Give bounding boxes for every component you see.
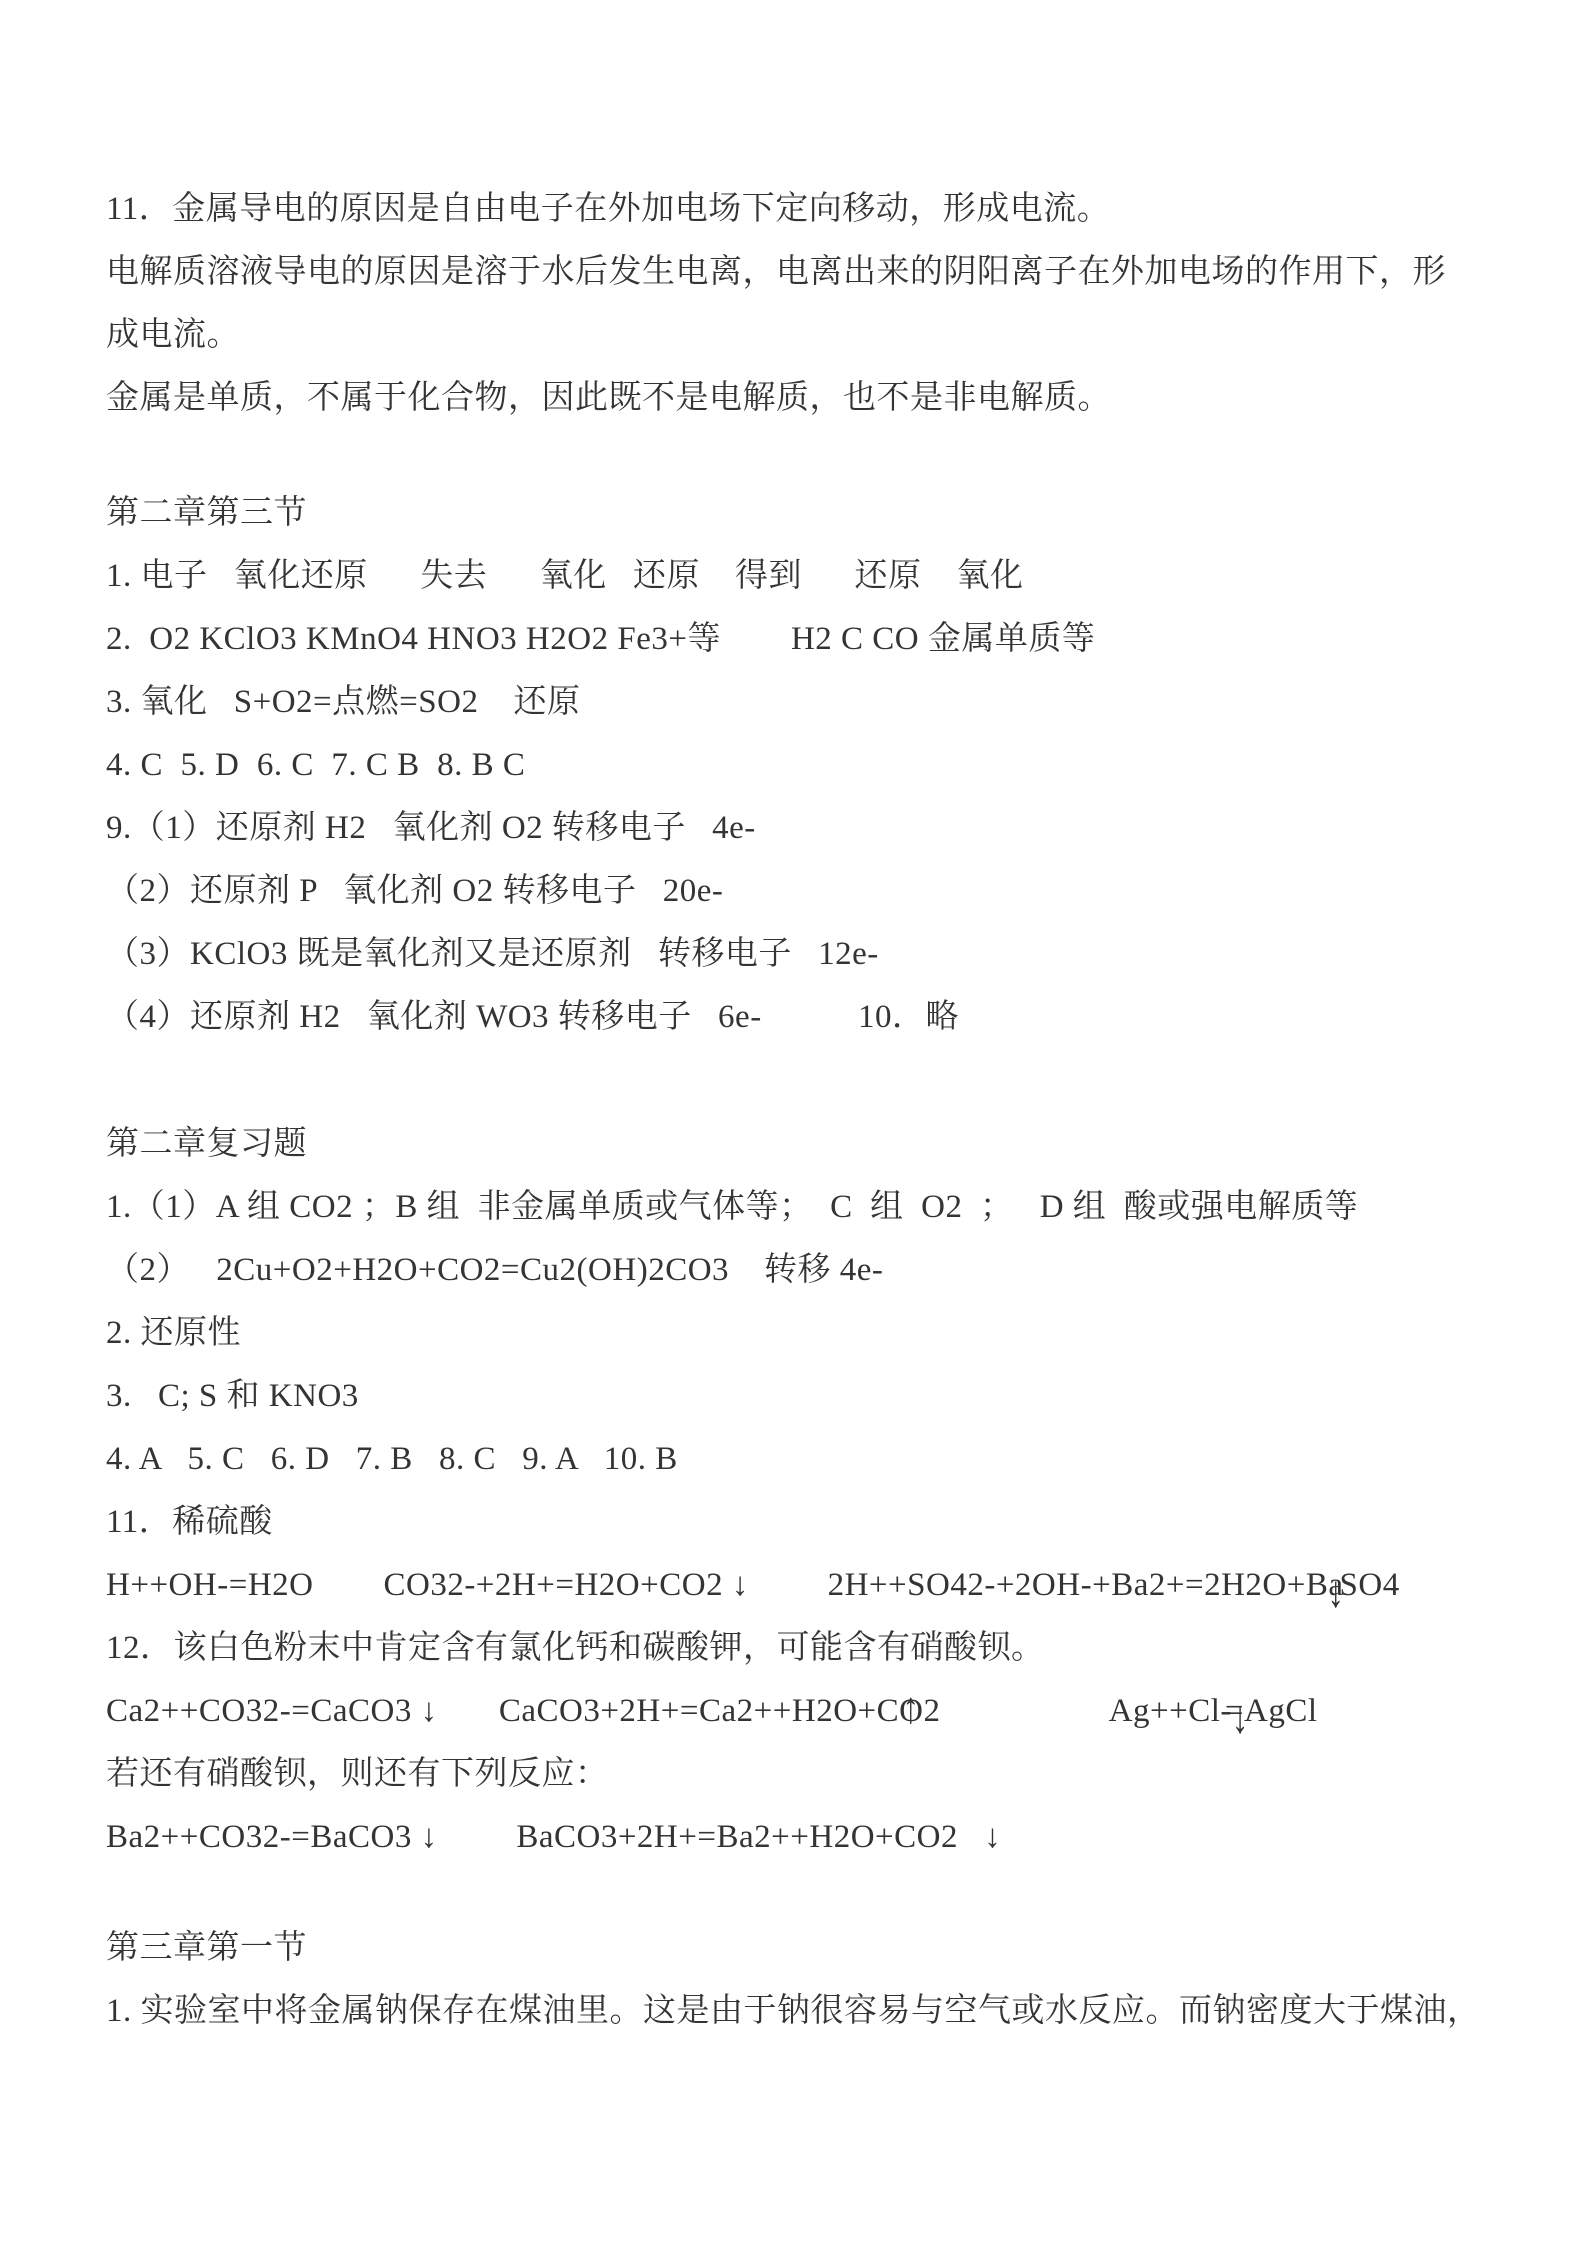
equation-text: H++OH-=H2O CO32-+2H+=H2O+CO2 ↓ 2H++SO42-… — [106, 1567, 1344, 1603]
review-ionic-equations-11: H++OH-=H2O CO32-+2H+=H2O+CO2 ↓ 2H++SO42-… — [106, 1554, 1531, 1617]
heading-ch3-sec1: 第三章第一节 — [106, 1917, 1531, 1980]
answer-q11-line2: 电解质溶液导电的原因是溶于水后发生电离，电离出来的阴阳离子在外加电场的作用下，形 — [106, 241, 1531, 304]
review-answer-1-2: （2） 2Cu+O2+H2O+CO2=Cu2(OH)2CO3 转移 4e- — [106, 1239, 1531, 1302]
document-page: 11．金属导电的原因是自由电子在外加电场下定向移动，形成电流。 电解质溶液导电的… — [0, 0, 1587, 2245]
ch2s3-answer-2: 2. O2 KClO3 KMnO4 HNO3 H2O2 Fe3+等 H2 C C… — [106, 608, 1531, 671]
answer-q11-line1: 11．金属导电的原因是自由电子在外加电场下定向移动，形成电流。 — [106, 178, 1531, 241]
answer-q11-line4: 金属是单质，不属于化合物，因此既不是电解质，也不是非电解质。 — [106, 367, 1531, 430]
ch2s3-answer-9-1: 9.（1）还原剂 H2 氧化剂 O2 转移电子 4e- — [106, 797, 1531, 860]
heading-ch2-sec3: 第二章第三节 — [106, 482, 1531, 545]
review-answer-1-1: 1.（1）A 组 CO2 ；B 组 非金属单质或气体等； C 组 O2 ； D … — [106, 1176, 1531, 1239]
ch3s1-answer-1: 1. 实验室中将金属钠保存在煤油里。这是由于钠很容易与空气或水反应。而钠密度大于… — [106, 1980, 1531, 2043]
equation-text: SO4 — [1340, 1567, 1400, 1603]
review-answers-4-10: 4. A 5. C 6. D 7. B 8. C 9. A 10. B — [106, 1428, 1531, 1491]
equation-text: Ca2++CO32-=CaCO3 ↓ CaCO3+2H+=Ca2++H2O+CO… — [106, 1693, 940, 1729]
review-answer-11: 11．稀硫酸 — [106, 1491, 1531, 1554]
ch2s3-answer-9-2: （2）还原剂 P 氧化剂 O2 转移电子 20e- — [106, 860, 1531, 923]
ch2s3-answers-4-8: 4. C 5. D 6. C 7. C B 8. B C — [106, 734, 1531, 797]
ch2s3-answer-9-4: （4）还原剂 H2 氧化剂 WO3 转移电子 6e- 10．略 — [106, 986, 1531, 1049]
equation-text: Ag++Cl- — [935, 1693, 1231, 1729]
review-note-barium-nitrate: 若还有硝酸钡，则还有下列反应： — [106, 1743, 1531, 1806]
review-ionic-equations-12b: Ba2++CO32-=BaCO3 ↓ BaCO3+2H+=Ba2++H2O+CO… — [106, 1806, 1531, 1869]
precipitate-down-arrow-icon: ↓ — [1232, 1677, 1249, 1762]
review-answer-12: 12．该白色粉末中肯定含有氯化钙和碳酸钾，可能含有硝酸钡。 — [106, 1617, 1531, 1680]
ch2s3-answer-3: 3. 氧化 S+O2=点燃=SO2 还原 — [106, 671, 1531, 734]
ch2s3-answer-1: 1. 电子 氧化还原 失去 氧化 还原 得到 还原 氧化 — [106, 545, 1531, 608]
ch2s3-answer-9-3: （3）KClO3 既是氧化剂又是还原剂 转移电子 12e- — [106, 923, 1531, 986]
precipitate-down-arrow-icon: ↓ — [1328, 1551, 1345, 1636]
gas-up-arrow-icon: ↑ — [902, 1667, 919, 1752]
section-gap — [106, 430, 1531, 482]
review-answer-2: 2. 还原性 — [106, 1302, 1531, 1365]
section-gap — [106, 1869, 1531, 1917]
review-ionic-equations-12a: Ca2++CO32-=CaCO3 ↓ CaCO3+2H+=Ca2++H2O+CO… — [106, 1680, 1531, 1743]
heading-ch2-review: 第二章复习题 — [106, 1113, 1531, 1176]
review-answer-3: 3. C; S 和 KNO3 — [106, 1365, 1531, 1428]
answer-q11-line3: 成电流。 — [106, 304, 1531, 367]
section-gap — [106, 1049, 1531, 1113]
